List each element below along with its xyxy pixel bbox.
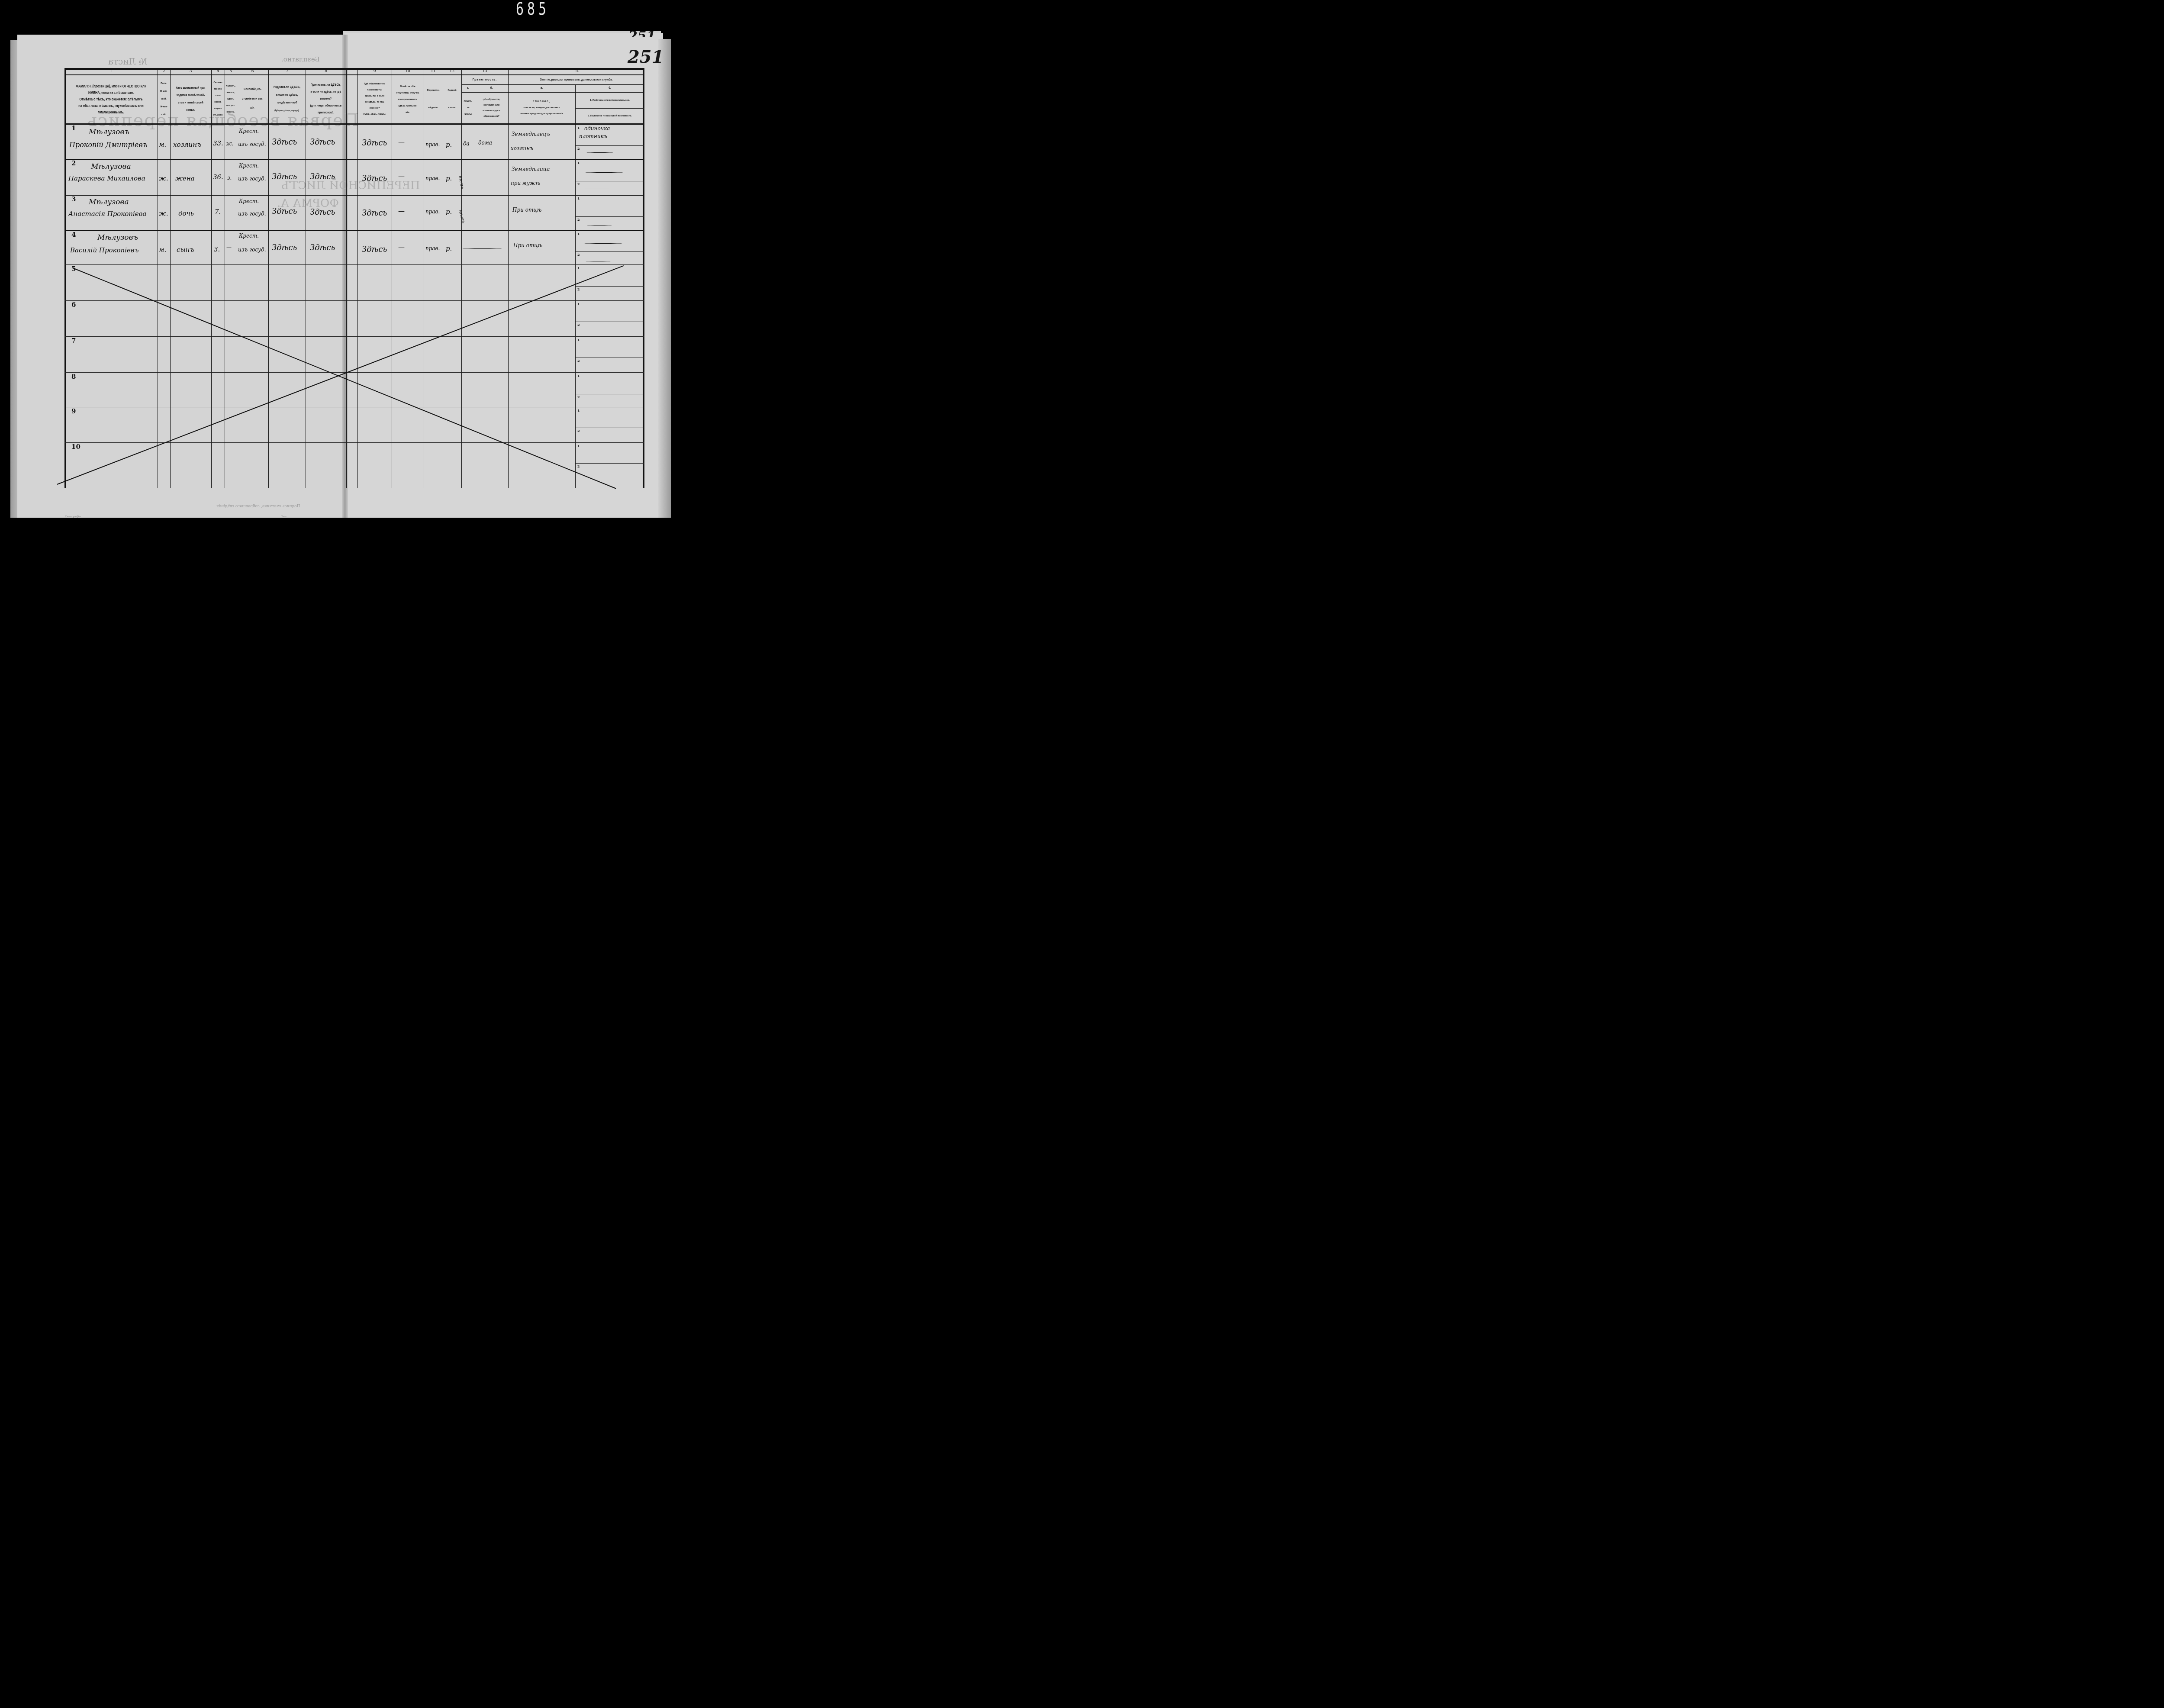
header-can-read: Умѣетъ-личитать? — [462, 93, 474, 123]
row-number-4: 4 — [71, 231, 76, 238]
entry-3-military-dash — [587, 226, 612, 226]
entry-3-religion: прав. — [425, 209, 440, 215]
entry-4-relation: сынъ — [177, 246, 194, 254]
col-num-11: 11 — [424, 69, 443, 74]
bleed-footer-signature: Подпись счетчика, собравшаго свѣдѣнія — [216, 504, 300, 509]
entry-1-given-name: Прокопій Дмитріевъ — [69, 141, 147, 149]
entry-1-education: дома — [478, 140, 492, 146]
entry-3-surname: Мѣлузова — [89, 198, 129, 206]
entry-4-residence: Здѣсь — [362, 245, 387, 254]
entry-2-absence: — — [398, 172, 405, 180]
entry-1-estate-line1: Крест. — [239, 128, 259, 134]
row-line-5 — [64, 300, 644, 301]
row-number-9: 9 — [71, 407, 76, 415]
row-number-3: 3 — [71, 195, 76, 203]
entry-1-sex: м. — [159, 141, 166, 148]
sub-label-1: 1 — [577, 374, 580, 378]
header-residence: Гдѣ обыкновеннопроживаетъ:здѣсь-ли, а ес… — [360, 76, 390, 122]
row-number-10: 10 — [71, 443, 81, 451]
header-age: Сколькоминулолѣтъили мѣ-сяцевъотъ роду. — [212, 76, 224, 122]
header-main-occupation: Главное,то есть то, которое доставляетъг… — [512, 93, 571, 123]
entry-3-registered: Здѣсь — [310, 208, 335, 217]
entry-3-absence: — — [398, 207, 405, 215]
sub-label-1: 1 — [577, 302, 580, 306]
entry-4-registered: Здѣсь — [310, 243, 335, 252]
row-line-8 — [64, 407, 644, 407]
entry-2-language: р. — [446, 174, 452, 182]
entry-3-born: Здѣсь — [272, 207, 297, 216]
sub-label-1: 1 — [577, 408, 580, 412]
sub-label-2: 2 — [577, 217, 580, 222]
entry-4-marital: — — [226, 245, 232, 251]
header-14b-split — [575, 108, 644, 109]
col-divider-4-5 — [225, 68, 225, 488]
sub-label-2: 2 — [577, 395, 580, 399]
header-absence: Отмѣтка объотсутствіи, отлучкѣи о времен… — [394, 76, 421, 122]
sub-line-r3 — [575, 216, 644, 217]
col-divider-6-7 — [268, 68, 269, 488]
entry-2-relation: жена — [175, 174, 195, 182]
sub-label-1: 1 — [577, 338, 580, 342]
header-occupation-group: Занятіе, ремесло, промыселъ, должность и… — [517, 76, 636, 84]
bleed-stamp-sheet-no: № Листа — [108, 56, 147, 67]
header-relation: Какъ записанный при-ходится главѣ хозяй-… — [173, 76, 209, 122]
entry-4-sex: м. — [159, 246, 166, 254]
col-divider-9-10 — [392, 68, 392, 488]
entry-4-side-occupation-dash — [584, 243, 622, 244]
entry-2-occupation-line2: при мужѣ — [511, 180, 540, 186]
right-page-edge — [658, 39, 671, 531]
header-13a-letter: а. — [462, 85, 474, 92]
entry-2-residence: Здѣсь — [362, 174, 387, 183]
entry-1-side-occupation-line2: плотникъ — [579, 133, 607, 139]
entry-2-surname: Мѣлузова — [91, 162, 131, 171]
sub-label-1: 1 — [577, 266, 580, 270]
sub-line-r2 — [575, 181, 644, 181]
header-language: Роднойязыкъ. — [444, 76, 460, 122]
col-divider-13a-13b — [475, 84, 475, 488]
entry-3-language: р. — [446, 208, 452, 216]
entry-4-religion: прав. — [425, 245, 440, 251]
entry-2-religion: прав. — [425, 175, 440, 181]
col-divider-5-6 — [237, 68, 237, 488]
sub-label-2: 2 — [577, 146, 580, 151]
row-number-8: 8 — [71, 373, 76, 380]
entry-1-side-occupation-line1: одиночка — [584, 126, 610, 132]
header-registration: Приписанъ-ли ЗДѢСЬ,а если не здѣсь, то г… — [309, 76, 344, 122]
sub-label-2: 2 — [577, 429, 580, 433]
sub-label-2: 2 — [577, 252, 580, 257]
col-divider-10-11 — [424, 68, 424, 488]
entry-4-age: 3. — [214, 245, 220, 253]
header-number-row-line — [64, 74, 644, 75]
entry-2-age: 36. — [213, 173, 223, 181]
entry-3-residence: Здѣсь — [362, 209, 387, 218]
sub-label-1: 1 — [577, 126, 580, 130]
entry-4-estate-line1: Крест. — [239, 233, 259, 239]
entry-2-education-dash — [478, 179, 498, 179]
sub-label-2: 2 — [577, 182, 580, 186]
sub-line-r9 — [575, 428, 644, 428]
sub-label-2: 2 — [577, 358, 580, 363]
header-side-occupation: 1. Побочное или вспомогательное. — [580, 93, 640, 108]
sub-label-2: 2 — [577, 464, 580, 468]
entry-1-language: р. — [446, 141, 452, 148]
entry-3-given-name: Анастасія Прокопіева — [68, 210, 146, 218]
col-num-12: 12 — [443, 69, 461, 74]
col-divider-1-2 — [158, 68, 158, 488]
entry-1-religion: прав. — [425, 142, 440, 148]
col-num-14: 14 — [508, 69, 644, 74]
sub-label-1: 1 — [577, 444, 580, 448]
row-line-3 — [64, 230, 644, 231]
folio-number: 251 — [628, 47, 664, 67]
col-num-4: 4 — [211, 69, 225, 74]
entry-4-estate-line2: изъ госуд. — [238, 247, 266, 253]
entry-1-marital: ж. — [226, 141, 233, 147]
col-num-10: 10 — [392, 69, 424, 74]
sub-label-1: 1 — [577, 196, 580, 200]
col-num-5: 5 — [225, 69, 237, 74]
entry-4-absence: — — [398, 243, 405, 251]
header-14b-letter: б. — [580, 85, 641, 92]
sub-label-2: 2 — [577, 287, 580, 291]
entry-2-given-name: Параскева Михаилова — [68, 174, 145, 182]
entry-4-military-dash — [586, 261, 611, 261]
entry-1-surname: Мѣлузовъ — [89, 128, 129, 136]
entry-4-language: р. — [446, 245, 452, 252]
col-num-8: 8 — [306, 69, 346, 74]
entry-1-literate: да — [463, 141, 470, 147]
entry-3-side-occupation-dash — [583, 208, 619, 208]
header-sex: Полъ.М-муж-ской.Ж-жен-скій. — [158, 76, 170, 122]
row-line-6 — [64, 336, 644, 337]
header-education: гдѣ обучается,обучался иликончилъ курсъо… — [477, 93, 506, 123]
entry-2-born: Здѣсь — [272, 172, 297, 181]
row-number-6: 6 — [71, 301, 76, 309]
col-num-3: 3 — [170, 69, 211, 74]
row-line-7 — [64, 372, 644, 373]
sub-line-r5 — [575, 286, 644, 287]
entry-1-born: Здѣсь — [272, 138, 297, 147]
entry-1-military-dash — [586, 152, 613, 153]
entry-3-relation: дочь — [178, 209, 194, 217]
entry-3-age: 7. — [215, 208, 221, 216]
entry-3-education-dash — [476, 211, 501, 211]
header-religion: Вѣроиспо-вѣданіе. — [425, 76, 442, 122]
entry-2-marital: з. — [227, 175, 232, 181]
census-table — [64, 68, 644, 488]
col-divider-12-13 — [461, 68, 462, 488]
header-military-status: 2. Положеніе по воинской повинности. — [580, 109, 640, 123]
entry-3-occupation: При отцѣ — [512, 207, 541, 213]
sub-label-1: 1 — [577, 161, 580, 165]
scan-bottom-border — [0, 518, 679, 531]
row-line-4 — [64, 264, 644, 265]
header-bottom-line — [64, 123, 644, 125]
entry-3-marital: — — [226, 208, 232, 214]
sub-line-r8 — [575, 394, 644, 394]
entry-3-sex: ж. — [159, 209, 168, 217]
entry-2-estate-line1: Крест. — [239, 163, 259, 169]
header-13b-letter: б. — [477, 85, 506, 92]
entry-3-estate-line1: Крест. — [239, 198, 259, 204]
entry-2-military-dash — [584, 188, 609, 188]
entry-4-occupation: При отцѣ — [513, 242, 542, 248]
col-divider-7-8 — [306, 68, 306, 488]
bleed-stamp-free: Безплатно. — [281, 55, 320, 63]
col-divider-2-3 — [170, 68, 171, 488]
header-estate: Сословіе, со-стояніе или зва-ніе. — [239, 76, 266, 122]
entry-2-sex: ж. — [159, 174, 168, 182]
header-birthplace: Родился-ли ЗДѢСЬ,а если не здѣсь,то гдѣ … — [271, 76, 303, 122]
col-num-13: 13 — [461, 69, 508, 74]
row-number-7: 7 — [71, 337, 76, 345]
entry-4-given-name: Василій Прокопіевъ — [70, 246, 139, 254]
col-divider-8-9 — [346, 68, 347, 488]
header-name: ФАМИЛІЯ, (прозвище), ИМЯ и ОТЧЕСТВО илиИ… — [71, 76, 151, 122]
sub-label-1: 1 — [577, 232, 580, 236]
entry-1-age: 33. — [213, 139, 223, 147]
col-divider-11-12 — [443, 68, 443, 488]
entry-4-literacy-dash — [462, 248, 502, 249]
sub-line-r4 — [575, 251, 644, 252]
entry-2-occupation-line1: Земледѣлица — [512, 166, 550, 172]
row-line-1 — [64, 159, 644, 160]
col-num-1: 1 — [64, 69, 158, 74]
entry-3-estate-line2: изъ госуд. — [238, 211, 266, 217]
col-num-6: 6 — [237, 69, 268, 74]
sub-line-r10 — [575, 463, 644, 464]
frame-number: 685 — [516, 0, 550, 19]
sub-line-r1 — [575, 145, 644, 146]
col-num-7: 7 — [268, 69, 306, 74]
sub-line-r7 — [575, 358, 644, 358]
col-divider-13-14 — [508, 68, 509, 488]
entry-1-estate-line2: изъ госуд. — [238, 141, 266, 147]
sub-line-r6 — [575, 322, 644, 322]
col-divider-gutter — [357, 68, 358, 488]
row-number-1: 1 — [71, 124, 76, 132]
header-literacy-group: Грамотность. — [464, 76, 505, 84]
entry-2-registered: Здѣсь — [310, 172, 335, 181]
entry-1-occupation-line2: хозяинъ — [511, 145, 533, 151]
header-marital: Холостъ,женатъ,вдовъили раз-веденъ. — [225, 76, 236, 122]
entry-2-estate-line2: изъ госуд. — [238, 176, 266, 182]
entry-2-side-occupation-dash — [585, 172, 623, 173]
entry-4-born: Здѣсь — [272, 243, 297, 252]
entry-1-occupation-line1: Земледѣлецъ — [512, 131, 550, 137]
entry-1-relation: хозяинъ — [173, 141, 201, 148]
entry-4-surname: Мѣлузовъ — [97, 233, 138, 242]
row-number-2: 2 — [71, 159, 76, 167]
row-line-9 — [64, 442, 644, 443]
header-14a-letter: а. — [512, 85, 571, 92]
row-line-2 — [64, 195, 644, 196]
col-num-2: 2 — [158, 69, 170, 74]
entry-1-residence: Здѣсь — [362, 139, 387, 148]
entry-1-absence: — — [398, 138, 405, 145]
col-num-9: 9 — [357, 69, 392, 74]
entry-1-registered: Здѣсь — [310, 138, 335, 147]
sub-label-2: 2 — [577, 322, 580, 327]
